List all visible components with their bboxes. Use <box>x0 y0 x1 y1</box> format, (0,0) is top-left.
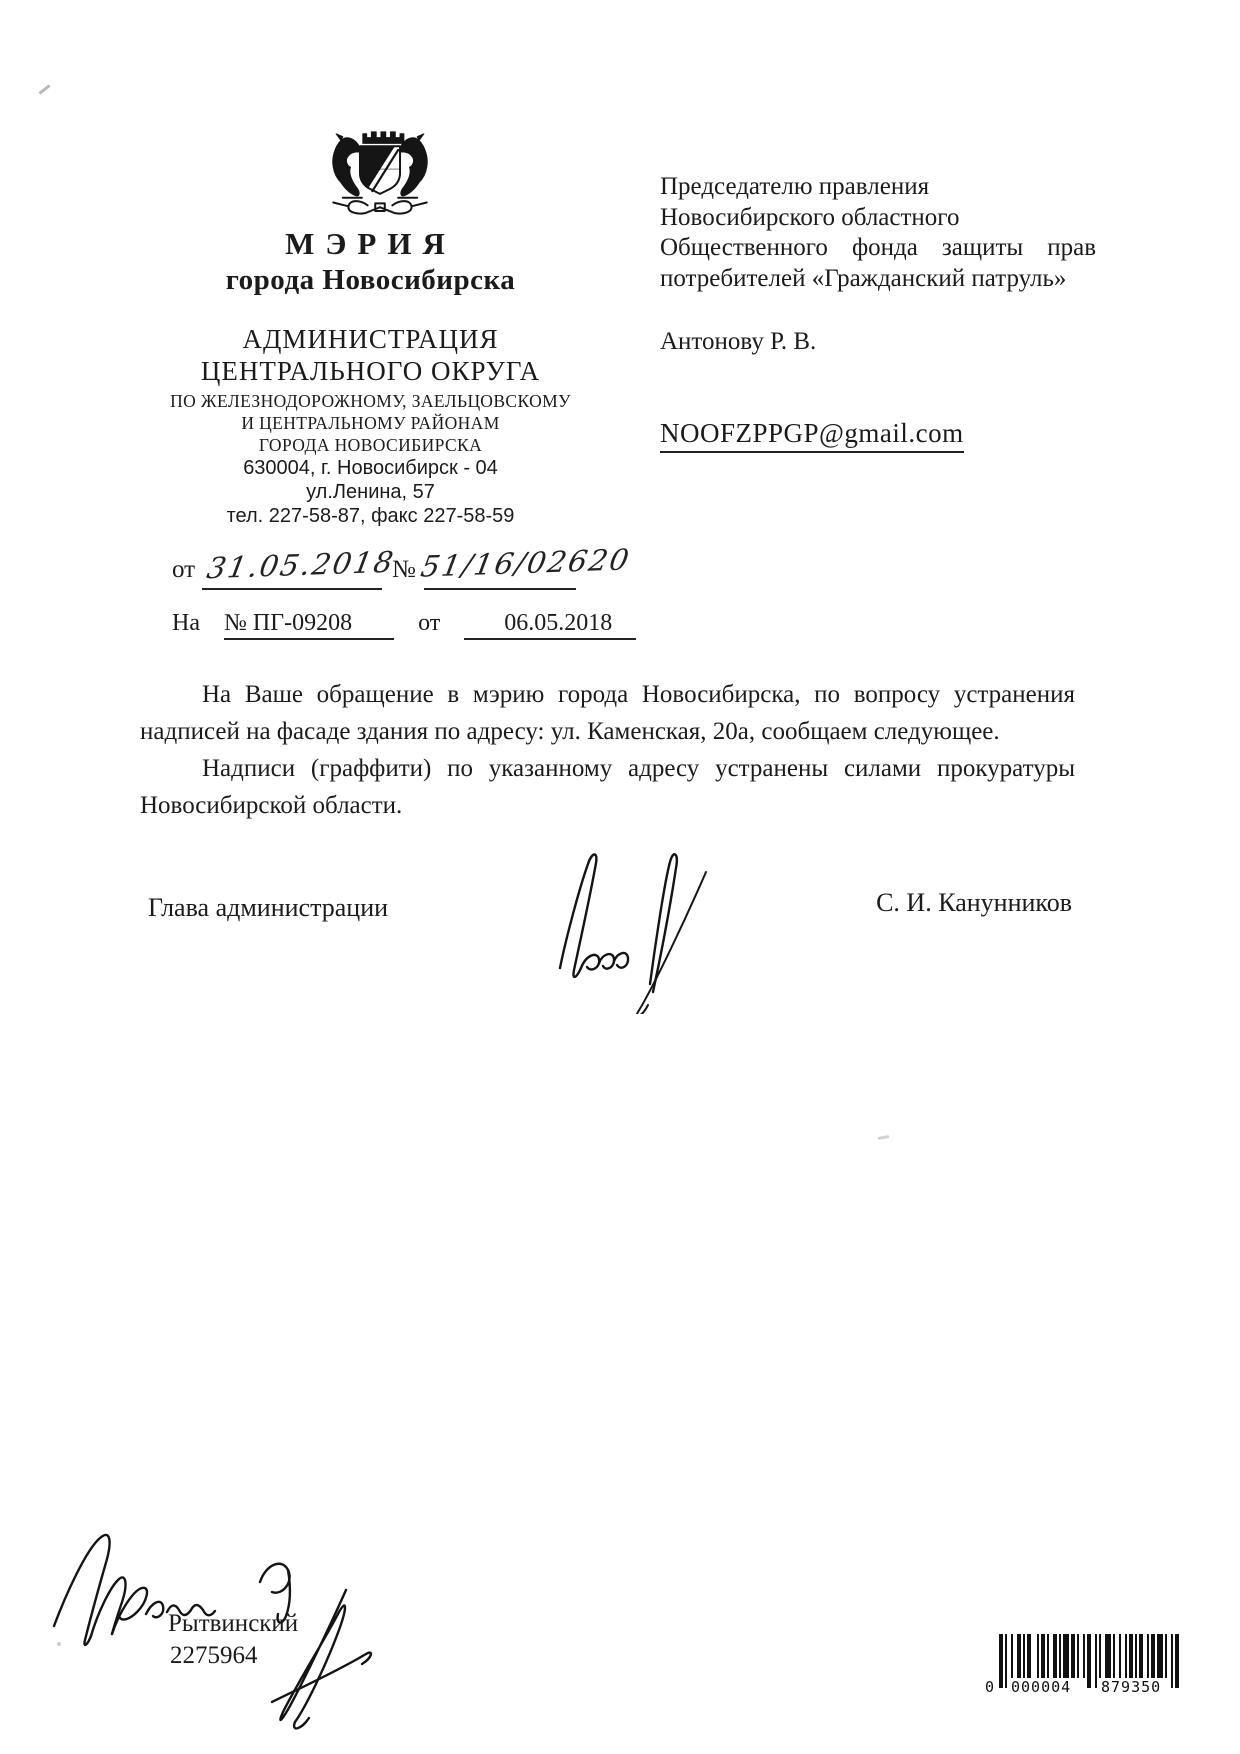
handwritten-outgoing-date: 31.05.2018 <box>204 545 397 585</box>
outgoing-number-label: № <box>392 556 416 584</box>
executor-phone: 2275964 <box>170 1642 258 1670</box>
contact-address: 630004, г. Новосибирск - 04 ул.Ленина, 5… <box>118 456 623 528</box>
secondary-signature <box>246 1584 380 1730</box>
signer-position: Глава администрации <box>148 893 388 923</box>
district-line: ПО ЖЕЛЕЗНОДОРОЖНОМУ, ЗАЕЛЬЦОВСКОМУ <box>118 390 623 412</box>
scanned-letter-page: МЭРИЯ города Новосибирска АДМИНИСТРАЦИЯ … <box>0 0 1240 1754</box>
body-paragraph: Надписи (граффити) по указанному адресу … <box>140 750 1075 824</box>
outgoing-date-field: 31.05.2018 <box>202 530 382 590</box>
org-title: МЭРИЯ <box>118 226 623 262</box>
department-name-line2: ЦЕНТРАЛЬНОГО ОКРУГА <box>118 356 623 387</box>
district-lines: ПО ЖЕЛЕЗНОДОРОЖНОМУ, ЗАЕЛЬЦОВСКОМУ И ЦЕН… <box>118 390 623 456</box>
incoming-date: 06.05.2018 <box>464 610 636 640</box>
address-line: тел. 227-58-87, факс 227-58-59 <box>118 504 623 528</box>
letter-body: На Ваше обращение в мэрию города Новосиб… <box>140 676 1075 824</box>
registration-barcode: 0 000004 879350 <box>985 1634 1185 1696</box>
scan-artifact <box>878 1135 889 1140</box>
recipient-line: потребителей «Гражданский патруль» <box>660 264 1096 295</box>
recipient-line: Председателю правления <box>660 172 1096 203</box>
recipient-line: Новосибирского областного <box>660 203 1096 234</box>
outgoing-number-field: 51/16/02620 <box>424 530 576 590</box>
org-subtitle: города Новосибирска <box>118 264 623 297</box>
incoming-date-label: от <box>418 610 440 636</box>
scan-artifact <box>38 84 50 94</box>
incoming-number: № ПГ-09208 <box>224 610 394 640</box>
outgoing-date-label: от <box>172 556 195 584</box>
barcode-digit-group: 0 <box>985 1678 995 1696</box>
incoming-reference-line: На № ПГ-09208 от 06.05.2018 <box>172 610 654 637</box>
recipient-line: Общественного фонда защиты прав <box>660 233 1096 264</box>
recipient-name: Антонову Р. В. <box>660 328 816 356</box>
body-paragraph: На Ваше обращение в мэрию города Новосиб… <box>140 676 1075 750</box>
barcode-digit-group: 879350 <box>1101 1678 1161 1696</box>
signer-name: С. И. Канунников <box>860 888 1072 918</box>
barcode-digit-group: 000004 <box>1011 1678 1071 1696</box>
handwritten-outgoing-number: 51/16/02620 <box>418 542 633 583</box>
address-line: ул.Ленина, 57 <box>118 480 623 504</box>
recipient-block: Председателю правления Новосибирского об… <box>660 172 1096 294</box>
head-signature <box>530 842 720 1014</box>
novosibirsk-coat-of-arms-icon <box>318 124 442 218</box>
address-line: 630004, г. Новосибирск - 04 <box>118 456 623 480</box>
recipient-email: NOOFZPPGP@gmail.com <box>660 418 964 453</box>
department-name-line1: АДМИНИСТРАЦИЯ <box>118 324 623 355</box>
incoming-prefix: На <box>172 610 200 636</box>
district-line: ГОРОДА НОВОСИБИРСКА <box>118 434 623 456</box>
district-line: И ЦЕНТРАЛЬНОМУ РАЙОНАМ <box>118 412 623 434</box>
